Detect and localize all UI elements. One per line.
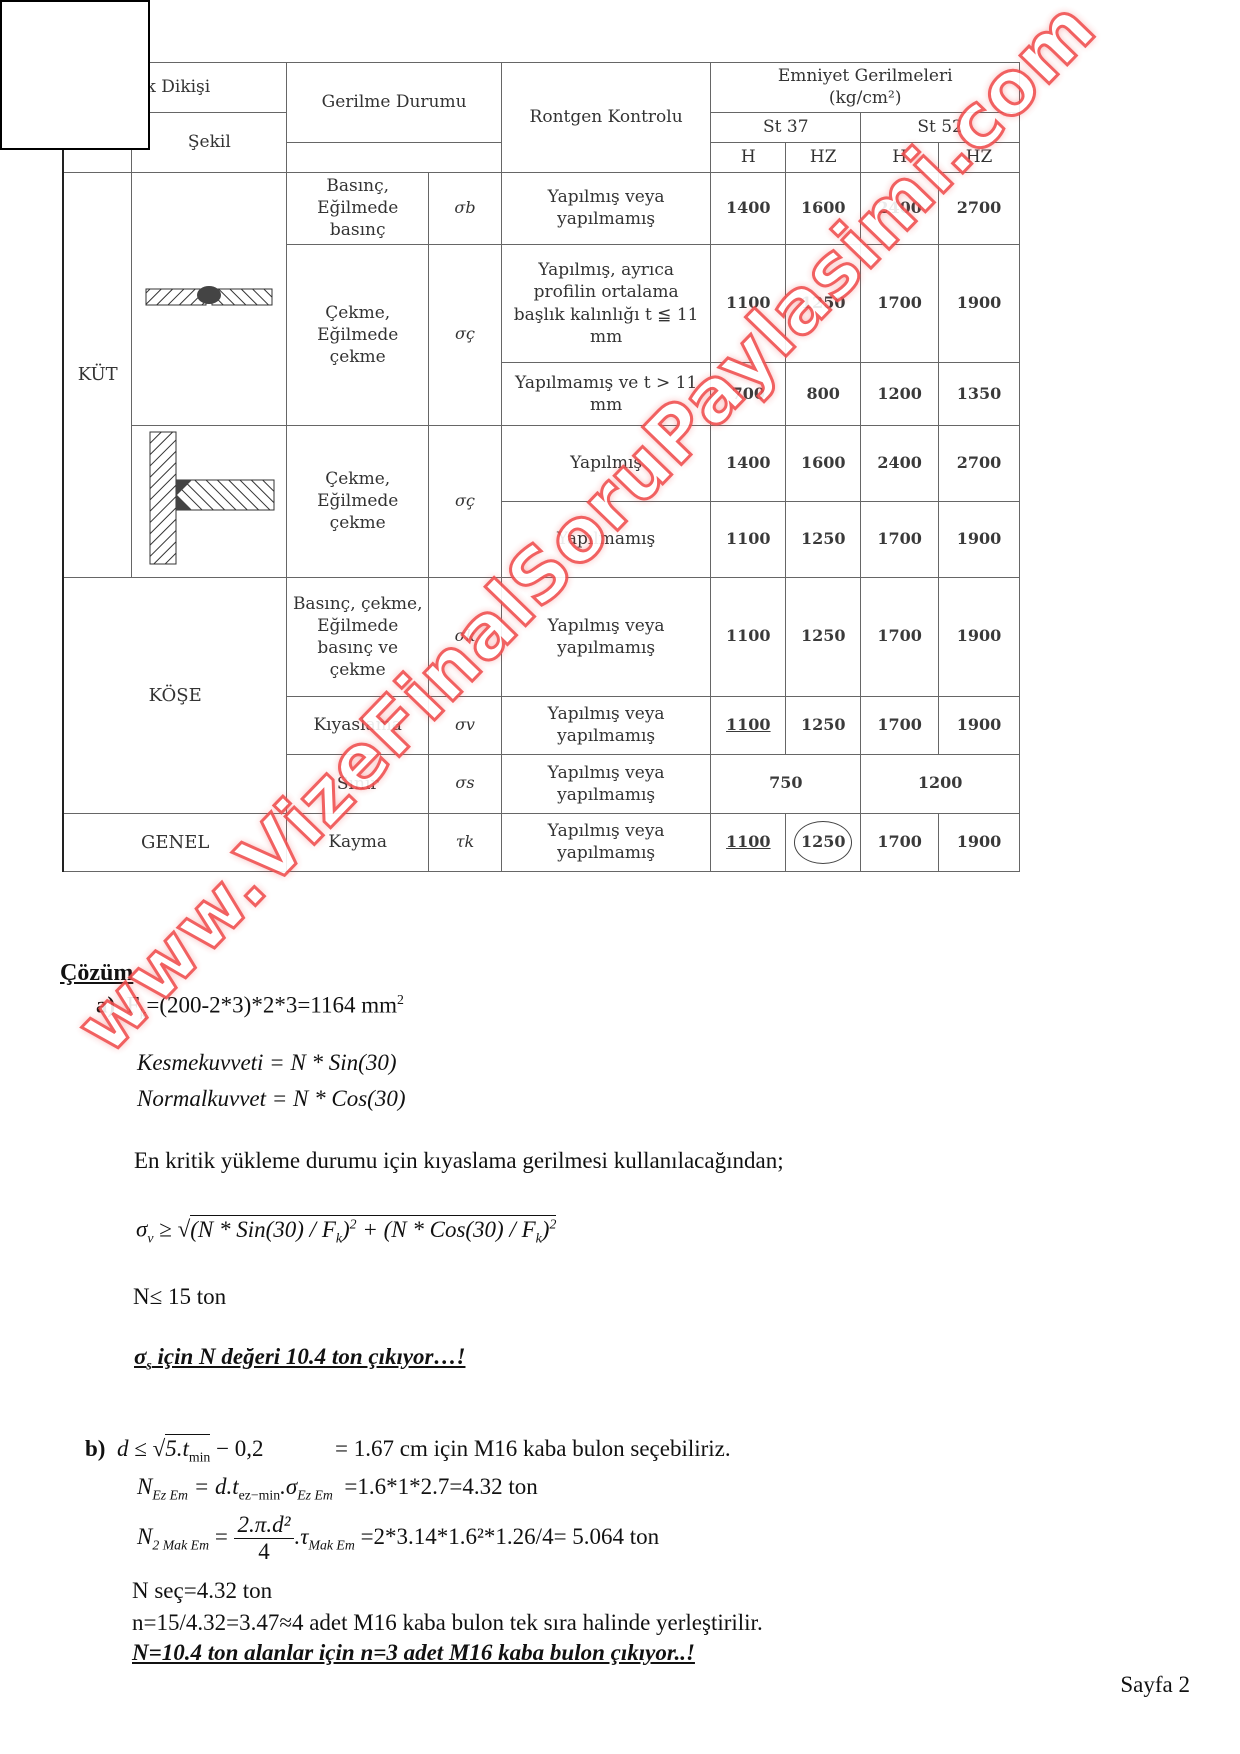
t-weld-icon bbox=[142, 428, 277, 568]
allowable-stress-table: ık Dikişi Gerilme Durumu Rontgen Kontrol… bbox=[62, 62, 1020, 872]
comparison-stress-formula: σv ≥ √(N * Sin(30) / Fk)2 + (N * Cos(30)… bbox=[136, 1216, 556, 1246]
n-limit: N≤ 15 ton bbox=[133, 1284, 226, 1310]
n-selected: N seç=4.32 ton bbox=[132, 1578, 272, 1604]
stress-cell: Basınç, Eğilmede basınç bbox=[287, 172, 429, 244]
circled-value: 1250 bbox=[794, 821, 853, 864]
table-row: KÜT Basınç, Eğilmede basınç σb Yapılmış … bbox=[63, 172, 1020, 244]
header-st52: St 52 bbox=[861, 112, 1020, 142]
shear-force-eq: Kesmekuvveti = N * Sin(30) bbox=[137, 1050, 397, 1076]
table-row: KÖŞE Basınç, çekme, Eğilmede basınç ve ç… bbox=[63, 577, 1020, 696]
header-allowable: Emniyet Gerilmeleri (kg/cm²) bbox=[711, 63, 1020, 113]
part-b-diameter: b) d ≤ √5.tmin − 0,2 = 1.67 cm için M16 … bbox=[85, 1436, 731, 1466]
header-hz: HZ bbox=[786, 142, 861, 172]
header-st37: St 37 bbox=[711, 112, 861, 142]
sigma-s-note: σs için N değeri 10.4 ton çıkıyor…! bbox=[134, 1344, 465, 1374]
final-note: N=10.4 ton alanlar için n=3 adet M16 kab… bbox=[132, 1640, 695, 1666]
header-stress-state: Gerilme Durumu bbox=[287, 63, 502, 143]
butt-weld-figure bbox=[132, 172, 287, 425]
shear-force-bolt-eq: N2 Mak Em = 2.π.d²4.τMak Em =2*3.14*1.6²… bbox=[137, 1512, 659, 1565]
part-a-area: a) Fk=(200-2*3)*2*3=1164 mm2 bbox=[96, 992, 404, 1022]
header-shape: Şekil bbox=[132, 112, 287, 172]
header-h: H bbox=[861, 142, 939, 172]
bearing-force-eq: NEz Em = d.tez−min.σEz Em =1.6*1*2.7=4.3… bbox=[137, 1474, 538, 1504]
t-weld-figure bbox=[132, 425, 287, 577]
header-xray-control: Rontgen Kontrolu bbox=[501, 63, 710, 173]
page-number: Sayfa 2 bbox=[1120, 1672, 1190, 1698]
group-kut: KÜT bbox=[63, 172, 132, 577]
group-genel: GENEL bbox=[63, 813, 287, 871]
critical-load-text: En kritik yükleme durumu için kıyaslama … bbox=[134, 1148, 784, 1174]
bolt-count: n=15/4.32=3.47≈4 adet M16 kaba bulon tek… bbox=[132, 1610, 763, 1636]
header-hz: HZ bbox=[939, 142, 1020, 172]
table-row: GENEL Kayma τk Yapılmış veya yapılmamış … bbox=[63, 813, 1020, 871]
table-row: Çekme, Eğilmede çekme σç Yapılmış 1400 1… bbox=[63, 425, 1020, 501]
group-kose: KÖŞE bbox=[63, 577, 287, 813]
blank-cover-box bbox=[0, 0, 150, 150]
butt-weld-icon bbox=[144, 283, 274, 309]
normal-force-eq: Normalkuvvet = N * Cos(30) bbox=[137, 1086, 406, 1112]
header-h: H bbox=[711, 142, 786, 172]
solution-title: Çözüm bbox=[60, 960, 133, 987]
